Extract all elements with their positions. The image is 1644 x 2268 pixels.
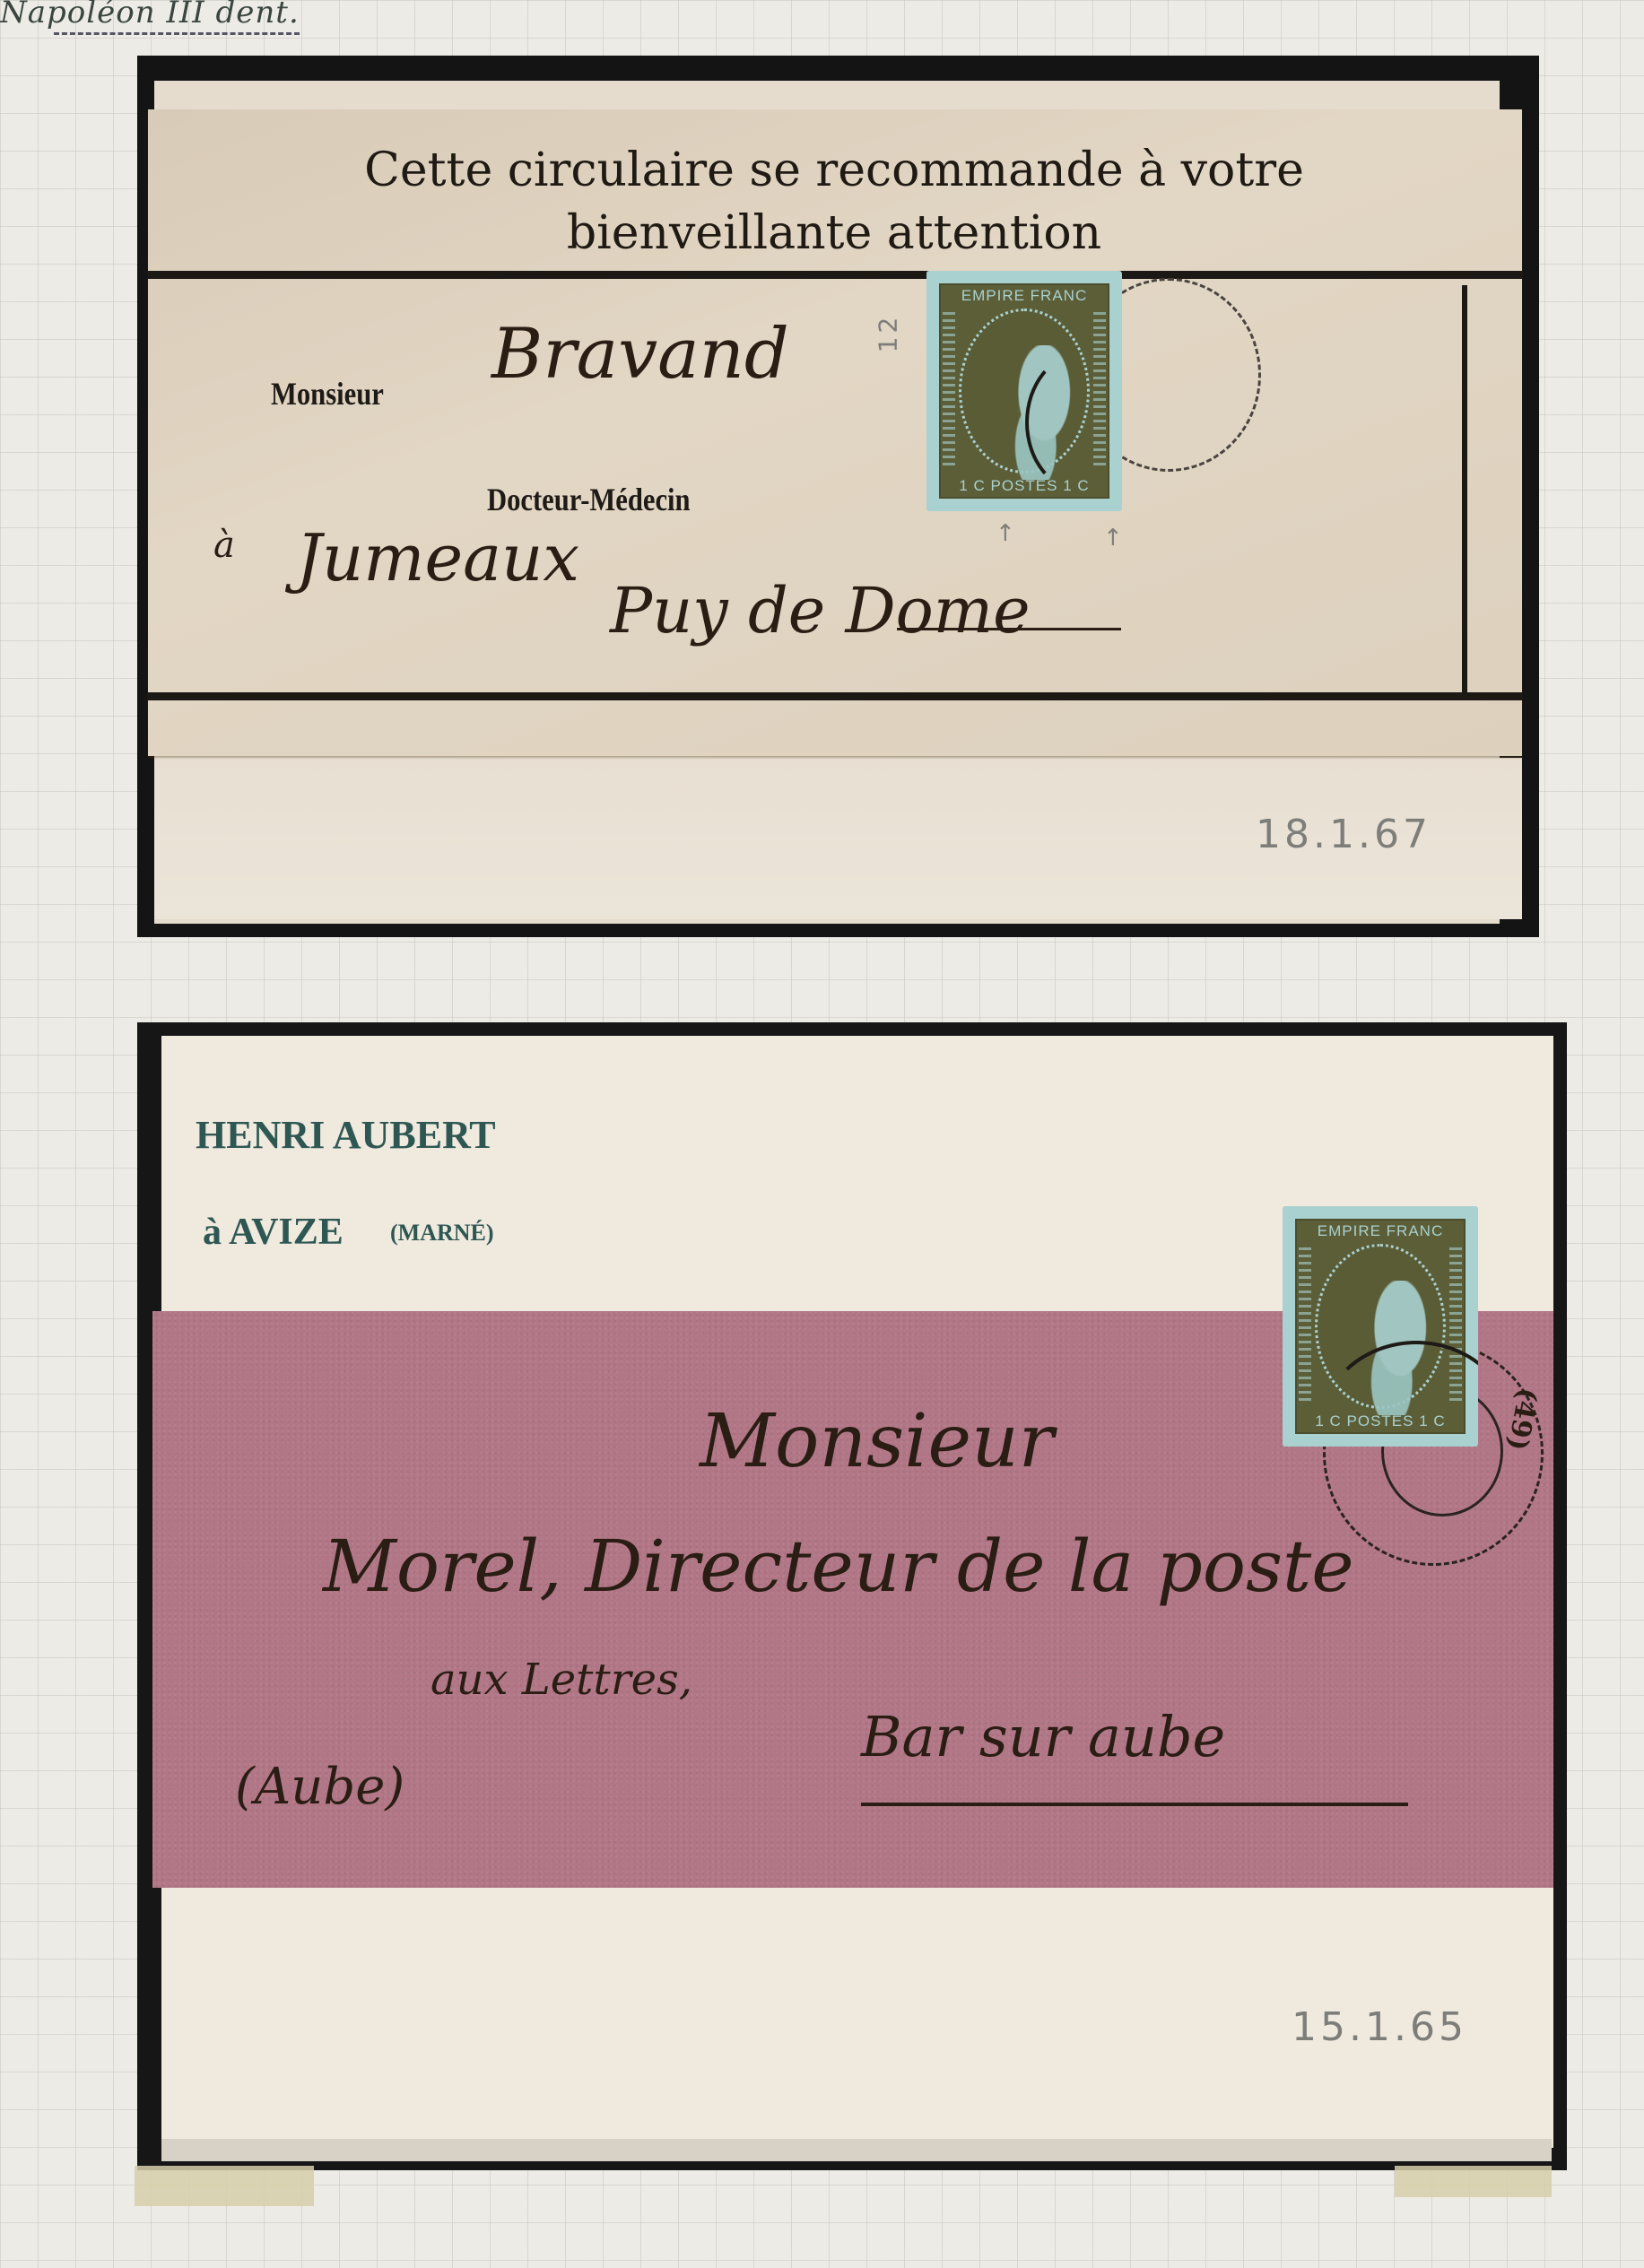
cover-1-top-rule bbox=[148, 271, 1522, 279]
cover-1-pencil-date: 18.1.67 bbox=[1256, 812, 1431, 857]
cover-1-header-line-1: Cette circulaire se recommande à votre bbox=[179, 143, 1489, 197]
cover-2-city: Bar sur aube bbox=[861, 1704, 1225, 1769]
cover-1-place-prefix: à bbox=[213, 525, 235, 566]
cover-2-salutation: Monsieur bbox=[700, 1399, 1054, 1484]
stamp-border-left bbox=[943, 312, 955, 470]
cover-1-salutation: Monsieur bbox=[271, 375, 384, 413]
cover-2-lower-sheet-edge bbox=[161, 2139, 1552, 2161]
cover-2-city-underline bbox=[861, 1803, 1408, 1806]
cover-2-stamp: EMPIRE FRANC 1 C POSTES 1 C bbox=[1283, 1206, 1478, 1447]
cover-1-pencil-mark: 12 bbox=[873, 314, 902, 353]
cover-2-pencil-date: 15.1.65 bbox=[1292, 2004, 1467, 2050]
cover-2-department: (Aube) bbox=[235, 1758, 404, 1816]
cover-2-address-line: aux Lettres, bbox=[431, 1655, 692, 1705]
heading-text: Napoléon III dent. bbox=[0, 0, 300, 30]
cover-1-department: Puy de Dome bbox=[610, 574, 1031, 647]
heading-underline bbox=[54, 32, 300, 35]
cover-2-firm-name: HENRI AUBERT bbox=[196, 1112, 496, 1158]
stamp-top-text: EMPIRE FRANC bbox=[1297, 1222, 1464, 1240]
cover-1-place: Jumeaux bbox=[296, 520, 579, 595]
stamp-top-text: EMPIRE FRANC bbox=[941, 287, 1108, 305]
cover-1-stamp: EMPIRE FRANC 1 C POSTES 1 C bbox=[926, 271, 1122, 511]
cover-1-title-label: Docteur-Médecin bbox=[487, 481, 691, 518]
stamp-border-left bbox=[1299, 1247, 1311, 1405]
cover-1-right-rule bbox=[1462, 285, 1467, 692]
cover-1-bottom-rule bbox=[148, 692, 1522, 700]
cover-1-flourish bbox=[897, 628, 1121, 630]
hinge-tab-right bbox=[1395, 2166, 1552, 2197]
cover-1-pencil-arrow-2: ↑ bbox=[1103, 525, 1126, 552]
cover-1-header-line-2: bienveillante attention bbox=[179, 206, 1489, 260]
cover-2-firm-town: à AVIZE bbox=[203, 1211, 344, 1254]
hinge-tab-left bbox=[135, 2166, 314, 2206]
album-page-heading: Napoléon III dent. bbox=[0, 0, 300, 30]
cover-2-addressee: Morel, Directeur de la poste bbox=[323, 1525, 1354, 1608]
cover-1-addressee: Bravand bbox=[491, 314, 789, 395]
cover-2-firm-department: (MARNÉ) bbox=[390, 1220, 494, 1247]
cover-1-pencil-arrow-1: ↑ bbox=[996, 520, 1019, 547]
